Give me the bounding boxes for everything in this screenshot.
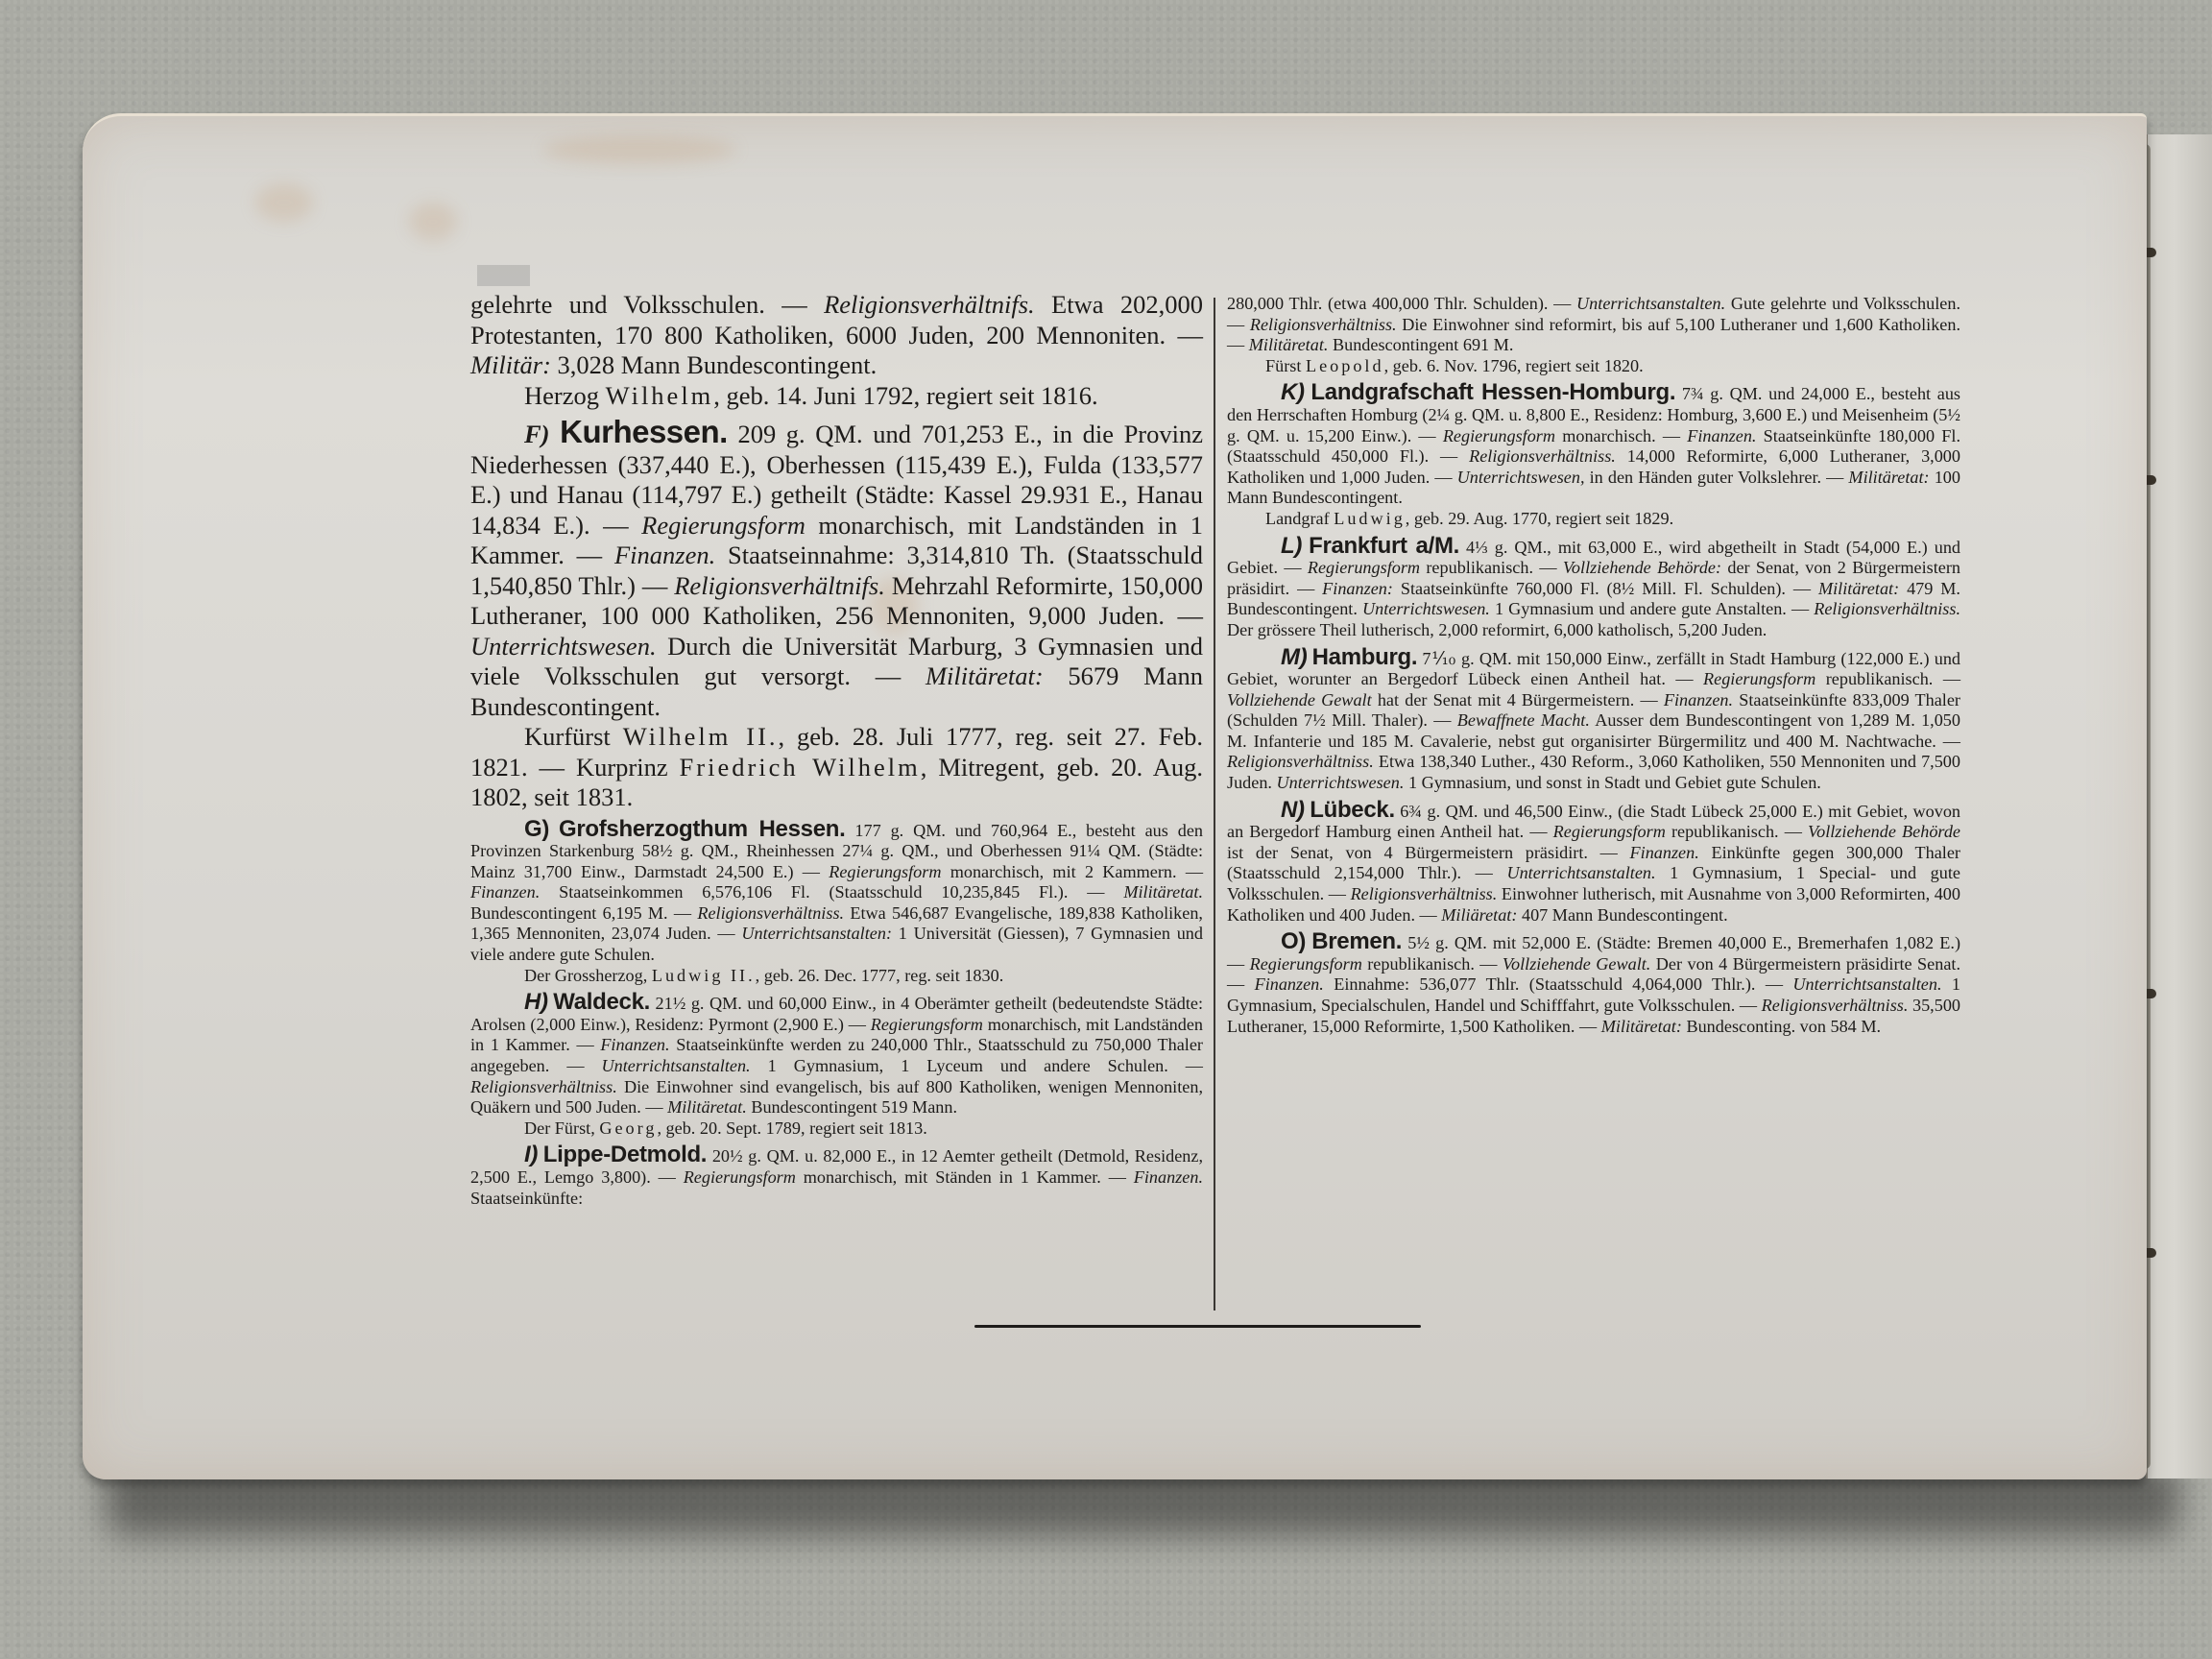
- continuation-paragraph: gelehrte und Volksschulen. — Religionsve…: [470, 290, 1203, 381]
- section-frankfurt: L) Frankfurt a/M. 4⅓ g. QM., mit 63,000 …: [1227, 536, 1960, 641]
- left-column: gelehrte und Volksschulen. — Religionsve…: [470, 290, 1203, 1209]
- ruler-line: Der Grossherzog, Ludwig II., geb. 26. De…: [470, 966, 1203, 987]
- page-number: VIII: [477, 265, 530, 286]
- ruler-line: Landgraf Ludwig, geb. 29. Aug. 1770, reg…: [1227, 509, 1960, 530]
- paper-stain: [255, 183, 313, 222]
- ruler-line: Kurfürst Wilhelm II., geb. 28. Juli 1777…: [470, 722, 1203, 813]
- section-luebeck: N) Lübeck. 6¾ g. QM. und 46,500 Einw., (…: [1227, 800, 1960, 926]
- paper-stain: [409, 203, 457, 241]
- section-lippe-detmold: I) Lippe-Detmold. 20½ g. QM. u. 82,000 E…: [470, 1144, 1203, 1209]
- section-title: Grofsherzogthum Hessen.: [559, 816, 846, 842]
- facing-page-edge: [2146, 134, 2212, 1479]
- section-title: Lübeck.: [1310, 797, 1395, 823]
- section-title: Bremen.: [1311, 928, 1402, 954]
- section-title: Lippe-Detmold.: [543, 1142, 707, 1167]
- right-column: 280,000 Thlr. (etwa 400,000 Thlr. Schuld…: [1227, 294, 1960, 1037]
- continuation-paragraph: 280,000 Thlr. (etwa 400,000 Thlr. Schuld…: [1227, 294, 1960, 356]
- section-title: Frankfurt a/M.: [1309, 533, 1459, 559]
- paper-stain: [543, 135, 735, 164]
- column-divider: [1214, 298, 1215, 1310]
- section-title: Landgrafschaft Hessen-Homburg.: [1310, 379, 1675, 405]
- section-title: Waldeck.: [553, 989, 650, 1015]
- section-title: Kurhessen.: [560, 414, 728, 449]
- section-hamburg: M) Hamburg. 7⅒ g. QM. mit 150,000 Einw.,…: [1227, 647, 1960, 794]
- section-hessen-homburg: K) Landgrafschaft Hessen-Homburg. 7¾ g. …: [1227, 382, 1960, 509]
- footer-rule: [974, 1325, 1421, 1328]
- section-title: Hamburg.: [1312, 644, 1418, 670]
- section-bremen: O) Bremen. 5½ g. QM. mit 52,000 E. (Städ…: [1227, 931, 1960, 1037]
- ruler-line: Fürst Leopold, geb. 6. Nov. 1796, regier…: [1227, 356, 1960, 377]
- section-waldeck: H) Waldeck. 21½ g. QM. und 60,000 Einw.,…: [470, 992, 1203, 1118]
- section-kurhessen: F) Kurhessen. 209 g. QM. und 701,253 E.,…: [470, 417, 1203, 722]
- ruler-line: Der Fürst, Georg, geb. 20. Sept. 1789, r…: [470, 1118, 1203, 1140]
- section-grossherzogthum-hessen: G) Grofsherzogthum Hessen. 177 g. QM. un…: [470, 819, 1203, 966]
- ruler-line: Herzog Wilhelm, geb. 14. Juni 1792, regi…: [470, 381, 1203, 412]
